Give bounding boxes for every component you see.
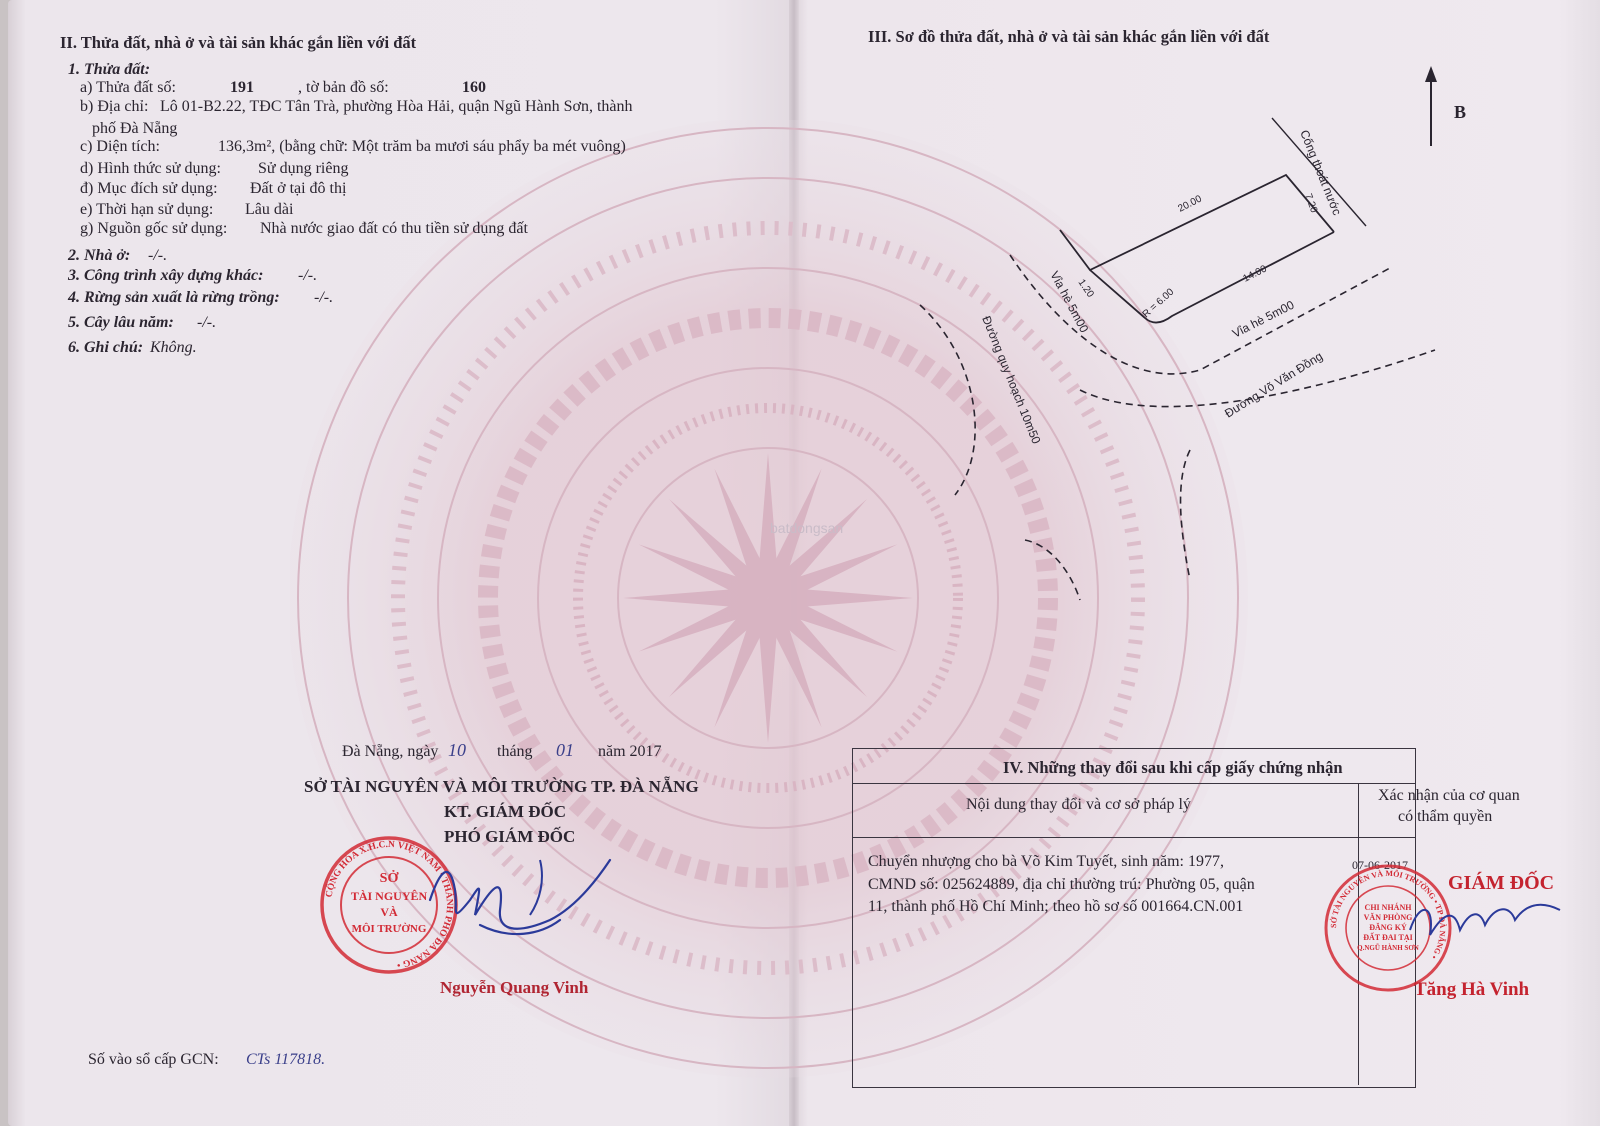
svg-text:Đường Võ Văn Đồng: Đường Võ Văn Đồng [1222,349,1325,421]
section-iv-title: IV. Những thay đổi sau khi cấp giấy chứn… [1003,758,1343,778]
registry-label: Số vào sổ cấp GCN: [88,1050,219,1070]
signer-role-2: PHÓ GIÁM ĐỐC [444,827,575,847]
svg-text:Cống thoát nước: Cống thoát nước [1297,128,1344,217]
area-value: 136,3m², (bằng chữ: Một trăm ba mươi sáu… [218,137,626,157]
section-ii-title: II. Thửa đất, nhà ở và tài sản khác gắn … [60,33,416,53]
map-sheet-value: 160 [462,78,486,98]
usage-form-label: d) Hình thức sử dụng: [80,159,221,179]
change-signer-name: Tăng Hà Vinh [1414,980,1529,1000]
svg-text:1.20: 1.20 [1076,277,1096,300]
svg-text:Vỉa hè 5m00: Vỉa hè 5m00 [1230,297,1297,340]
note-value: Không. [150,338,197,358]
change-content-line3: 11, thành phố Hồ Chí Minh; theo hồ sơ số… [868,897,1243,917]
svg-text:7.20: 7.20 [1302,192,1319,214]
svg-text:R = 6.00: R = 6.00 [1141,286,1177,320]
area-label: c) Diện tích: [80,137,160,157]
usage-term-label: e) Thời hạn sử dụng: [80,200,213,220]
change-signer-role: GIÁM ĐỐC [1448,873,1554,893]
usage-origin-label: g) Nguồn gốc sử dụng: [80,219,227,239]
perennial-value: -/-. [197,313,216,333]
plot-diagram: 20.00 7.20 14.00 1.20 R = 6.00 Cống thoá… [900,60,1500,620]
registry-value: CTs 117818. [246,1050,325,1070]
house-label: 2. Nhà ở: [68,246,130,266]
change-date: 07-06-2017 [1352,855,1408,875]
signing-day: 10 [448,740,466,760]
svg-text:20.00: 20.00 [1176,193,1204,214]
page-fold [789,0,799,1126]
forest-label: 4. Rừng sản xuất là rừng trồng: [68,288,280,308]
forest-value: -/-. [314,288,333,308]
section-iii-title: III. Sơ đồ thửa đất, nhà ở và tài sản kh… [868,27,1269,47]
col2-header-line1: Xác nhận của cơ quan [1378,786,1520,806]
plot-number-value: 191 [230,78,254,98]
north-label: B [1454,102,1466,122]
signing-month-prefix: tháng [497,742,533,762]
note-label: 6. Ghi chú: [68,338,143,358]
svg-text:Đường quy hoạch 10m50: Đường quy hoạch 10m50 [979,314,1043,446]
land-plot-heading: 1. Thửa đất: [68,60,150,80]
watermark-logo: batdongsan [770,520,843,536]
svg-text:14.00: 14.00 [1241,263,1269,284]
address-value-line2: phố Đà Nẵng [92,119,177,139]
usage-purpose-value: Đất ở tại đô thị [250,179,346,199]
usage-purpose-label: đ) Mục đích sử dụng: [80,179,218,199]
col1-header: Nội dung thay đổi và cơ sở pháp lý [966,795,1191,815]
address-label: b) Địa chỉ: [80,97,148,117]
usage-form-value: Sử dụng riêng [258,159,348,179]
signing-year: năm 2017 [598,742,662,762]
change-content-line1: Chuyển nhượng cho bà Võ Kim Tuyết, sinh … [868,852,1224,872]
plot-number-label: a) Thửa đất số: [80,78,176,98]
other-construction-value: -/-. [298,266,317,286]
left-signer-name: Nguyễn Quang Vinh [440,978,588,998]
address-value-line1: Lô 01-B2.22, TĐC Tân Trà, phường Hòa Hải… [160,97,633,117]
signer-role-1: KT. GIÁM ĐỐC [444,802,566,822]
house-value: -/-. [148,246,167,266]
signing-month: 01 [556,740,574,760]
perennial-label: 5. Cây lâu năm: [68,313,174,333]
issuing-agency: SỞ TÀI NGUYÊN VÀ MÔI TRƯỜNG TP. ĐÀ NẴNG [304,777,699,797]
usage-term-value: Lâu dài [245,200,293,220]
signing-date-prefix: Đà Nẵng, ngày [342,742,438,762]
north-arrow-icon [1425,66,1437,146]
map-sheet-label: , tờ bản đồ số: [298,78,389,98]
col2-header-line2: có thẩm quyền [1398,807,1492,827]
usage-origin-value: Nhà nước giao đất có thu tiền sử dụng đấ… [260,219,528,239]
change-content-line2: CMND số: 025624889, địa chỉ thường trú: … [868,875,1255,895]
changes-table-column-divider [1358,783,1359,1085]
other-construction-label: 3. Công trình xây dựng khác: [68,266,263,286]
